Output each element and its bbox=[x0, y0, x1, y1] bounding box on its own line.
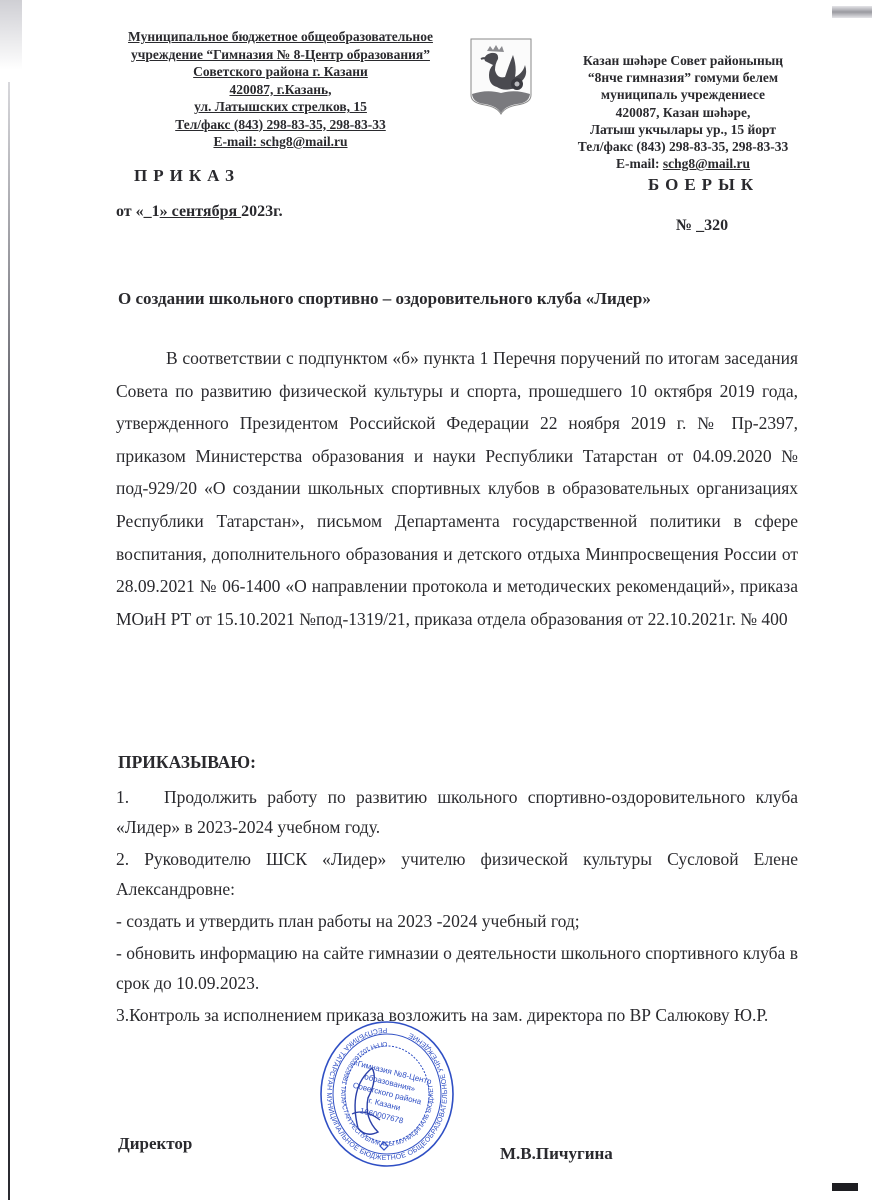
kazan-coat-of-arms-icon bbox=[467, 37, 535, 115]
signatory-role: Директор bbox=[118, 1134, 192, 1154]
header-line: 420087, Казан шәһәре, bbox=[568, 104, 798, 121]
order-item: - создать и утвердить план работы на 202… bbox=[116, 906, 798, 936]
order-date: от «_1» сентября 2023г. bbox=[116, 203, 283, 221]
header-line: муниципаль учреждениесе bbox=[568, 86, 798, 103]
item-text: Продолжить работу по развитию школьного … bbox=[116, 787, 798, 837]
header-line: 420087, г.Казань, bbox=[108, 81, 453, 99]
header-line: “8нче гимназия” гомуми белем bbox=[568, 69, 798, 86]
document-title: О создании школьного спортивно – оздоров… bbox=[118, 289, 651, 309]
order-number: № _320 bbox=[676, 217, 728, 235]
institution-header-tt: Казан шәһәре Совет районының “8нче гимна… bbox=[568, 52, 798, 172]
order-item: 2. Руководителю ШСК «Лидер» учителю физи… bbox=[116, 844, 798, 904]
item-number: 1. bbox=[116, 782, 164, 812]
scan-artifact-top-right bbox=[832, 6, 872, 18]
order-item: - обновить информацию на сайте гимназии … bbox=[116, 938, 798, 998]
header-email: E-mail: schg8@mail.ru bbox=[568, 155, 798, 172]
order-items: 1.Продолжить работу по развитию школьног… bbox=[116, 782, 798, 1030]
email-label: E-mail: bbox=[616, 156, 663, 171]
scan-edge-line bbox=[8, 82, 10, 1200]
email-link[interactable]: schg8@mail.ru bbox=[663, 156, 750, 171]
scan-artifact-bottom-right bbox=[832, 1183, 858, 1191]
order-item: 3.Контроль за исполнением приказа возлож… bbox=[116, 1000, 798, 1030]
order-title-tt: БОЕРЫК bbox=[648, 175, 759, 195]
institution-header-ru: Муниципальное бюджетное общеобразователь… bbox=[108, 28, 453, 151]
header-line: учреждение “Гимназия № 8-Центр образован… bbox=[108, 46, 453, 64]
order-word: ПРИКАЗЫВАЮ: bbox=[118, 752, 256, 773]
date-day: _1 bbox=[144, 203, 160, 220]
header-line: ул. Латышских стрелков, 15 bbox=[108, 98, 453, 116]
scan-artifact-top-left bbox=[0, 0, 22, 70]
header-line: Советского района г. Казани bbox=[108, 63, 453, 81]
date-month: » сентября bbox=[160, 203, 241, 220]
header-email: E-mail: schg8@mail.ru bbox=[108, 133, 453, 151]
header-line: Тел/факс (843) 298-83-35, 298-83-33 bbox=[108, 116, 453, 134]
header-line: Тел/факс (843) 298-83-35, 298-83-33 bbox=[568, 138, 798, 155]
preamble: В соответствии с подпунктом «б» пункта 1… bbox=[116, 342, 798, 635]
header-line: Казан шәһәре Совет районының bbox=[568, 52, 798, 69]
header-line: Латыш укчылары ур., 15 йорт bbox=[568, 121, 798, 138]
order-title-ru: ПРИКАЗ bbox=[134, 166, 240, 186]
date-year: 2023г. bbox=[241, 203, 282, 220]
preamble-paragraph: В соответствии с подпунктом «б» пункта 1… bbox=[116, 342, 798, 635]
order-item: 1.Продолжить работу по развитию школьног… bbox=[116, 782, 798, 842]
official-stamp: РЕСПУБЛИКА ТАТАРСТАН МУНИЦИПАЛЬНОЕ БЮДЖЕ… bbox=[318, 1018, 456, 1168]
signatory-name: М.В.Пичугина bbox=[500, 1144, 613, 1164]
header-line: Муниципальное бюджетное общеобразователь… bbox=[108, 28, 453, 46]
date-prefix: от « bbox=[116, 203, 144, 220]
